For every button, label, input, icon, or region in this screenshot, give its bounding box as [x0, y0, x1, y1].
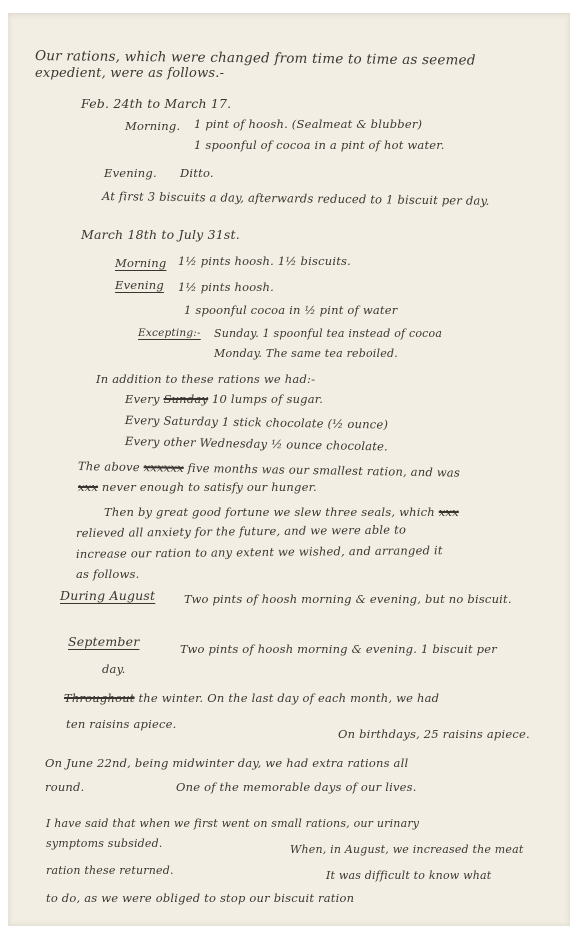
label: Excepting:-: [138, 327, 201, 339]
text-fragment: five months was our smallest ration, and…: [188, 461, 461, 480]
text-line: On June 22nd, being midwinter day, we ha…: [45, 756, 408, 770]
text-line: 1½ pints hoosh.: [178, 280, 274, 294]
text-line: 1½ pints hoosh. 1½ biscuits.: [178, 254, 351, 268]
text-fragment: Then by great good fortune we slew three…: [104, 505, 435, 519]
text-line: Two pints of hoosh morning & evening, bu…: [184, 592, 512, 606]
label: Morning: [115, 256, 166, 270]
section-heading: March 18th to July 31st.: [81, 227, 240, 242]
text-line: The above xxxxxx five months was our sma…: [78, 459, 460, 480]
section-heading: Feb. 24th to March 17.: [81, 96, 231, 111]
text-fragment: The above: [78, 459, 140, 474]
text-line: ration these returned.: [46, 864, 174, 877]
label: September: [68, 634, 139, 649]
text-line: Monday. The same tea reboiled.: [214, 347, 398, 360]
label: Evening.: [104, 166, 157, 180]
text-line: I have said that when we first went on s…: [46, 817, 419, 830]
text-line: round.: [45, 780, 84, 794]
text-line: Throughout the winter. On the last day o…: [64, 691, 439, 705]
text-line: Every Saturday 1 stick chocolate (½ ounc…: [125, 413, 388, 432]
struck-word: xxxxxx: [144, 460, 184, 475]
struck-word: xxx: [78, 480, 98, 494]
text-line: xxx never enough to satisfy our hunger.: [78, 480, 317, 494]
text-fragment: Every: [125, 392, 160, 406]
text-line: One of the memorable days of our lives.: [176, 780, 417, 794]
text-line: When, in August, we increased the meat: [290, 843, 524, 856]
text-line: symptoms subsided.: [46, 837, 163, 850]
text-line: It was difficult to know what: [326, 869, 491, 882]
text-line: 1 spoonful cocoa in ½ pint of water: [184, 303, 397, 317]
text-line: Then by great good fortune we slew three…: [104, 505, 459, 519]
text-line: 1 spoonful of cocoa in a pint of hot wat…: [194, 138, 445, 152]
struck-word: xxx: [439, 505, 459, 519]
label: During August: [60, 588, 155, 603]
text-line: relieved all anxiety for the future, and…: [76, 523, 406, 540]
text-line: At first 3 biscuits a day, afterwards re…: [102, 189, 490, 208]
text-line: day.: [102, 662, 126, 676]
text-line: to do, as we were obliged to stop our bi…: [46, 891, 354, 905]
text-line: Every Sunday 10 lumps of sugar.: [125, 392, 323, 406]
text-line: ten raisins apiece.: [66, 717, 176, 731]
text-line: expedient, were as follows.-: [35, 66, 224, 81]
text-line: Sunday. 1 spoonful tea instead of cocoa: [214, 327, 442, 340]
text-fragment: never enough to satisfy our hunger.: [102, 480, 317, 494]
struck-word: Sunday: [164, 392, 209, 406]
manuscript-page: Our rations, which were changed from tim…: [8, 13, 570, 926]
struck-word: Throughout: [64, 691, 135, 705]
text-line: increase our ration to any extent we wis…: [76, 543, 443, 561]
text-fragment: 10 lumps of sugar.: [212, 392, 323, 406]
text-line: as follows.: [76, 567, 139, 581]
text-line: In addition to these rations we had:-: [96, 372, 315, 386]
text-line: 1 pint of hoosh. (Sealmeat & blubber): [194, 117, 422, 131]
text-line: Every other Wednesday ½ ounce chocolate.: [125, 434, 388, 454]
text-fragment: the winter. On the last day of each mont…: [138, 691, 439, 705]
label: Evening: [115, 278, 164, 292]
text-line: Ditto.: [180, 166, 214, 180]
text-line: On birthdays, 25 raisins apiece.: [338, 727, 530, 741]
label: Morning.: [125, 119, 180, 133]
text-line: Two pints of hoosh morning & evening. 1 …: [180, 642, 497, 656]
